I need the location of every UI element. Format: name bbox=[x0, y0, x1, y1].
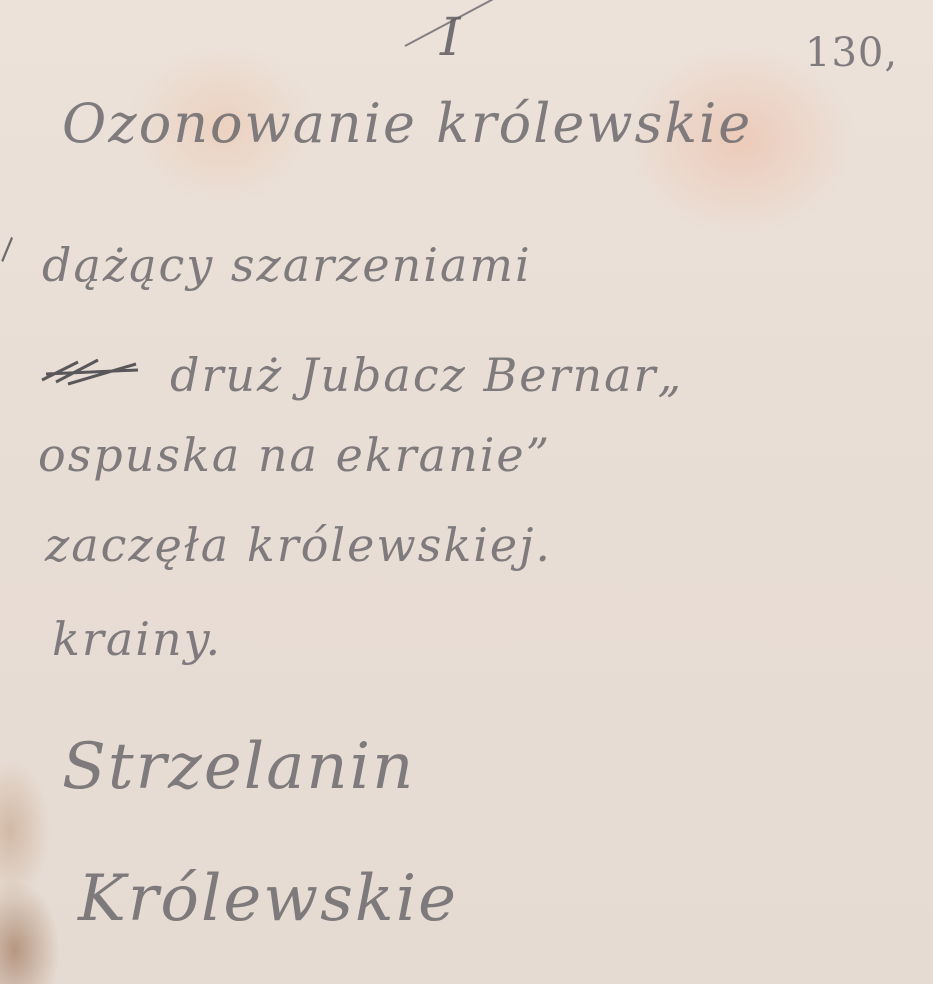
text-line-6: krainy. bbox=[52, 612, 222, 666]
text-line-4: ospuska na ekranie” bbox=[38, 428, 551, 482]
text-line-2: dążący szarzeniami bbox=[42, 238, 532, 292]
signature-line-2: Królewskie bbox=[78, 862, 458, 936]
struck-out-mark bbox=[38, 356, 142, 386]
page-number: 130, bbox=[805, 30, 898, 76]
text-line-3: druż Jubacz Bernar„ bbox=[170, 348, 683, 402]
edge-tick-mark: \ bbox=[0, 233, 22, 266]
text-line-1: Ozonowanie królewskie bbox=[62, 92, 752, 155]
section-mark: I bbox=[440, 8, 463, 68]
document-page: I 130, Ozonowanie królewskie dążący szar… bbox=[0, 0, 933, 984]
text-line-5: zaczęła królewskiej. bbox=[45, 518, 552, 572]
signature-line-1: Strzelanin bbox=[62, 730, 415, 804]
